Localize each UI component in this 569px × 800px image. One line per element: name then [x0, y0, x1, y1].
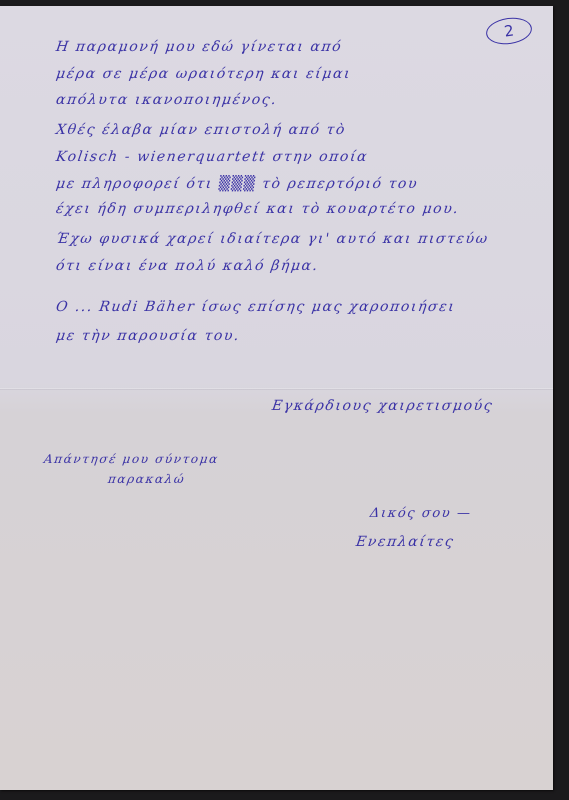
- page-number-circle: 2: [484, 15, 533, 47]
- body-line-11: με τὴν παρουσία του.: [55, 328, 241, 344]
- body-line-7: έχει ήδη συμπεριληφθεί και τὸ κουαρτέτο …: [55, 201, 461, 217]
- signature-name: Ενεπλαίτες: [355, 534, 456, 550]
- body-line-3: απόλυτα ικανοποιημένος.: [55, 92, 279, 108]
- body-line-5: Kolisch - wienerquartett στην οποία: [55, 149, 369, 165]
- body-line-1: Η παραμονή μου εδώ γίνεται από: [55, 39, 344, 55]
- body-line-6: με πληροφορεί ότι ▒▒▒ τὸ ρεπερτόριό του: [55, 176, 419, 192]
- body-line-2: μέρα σε μέρα ωραιότερη και είμαι: [55, 66, 352, 82]
- body-line-10: Ο ... Rudi Bäher ίσως επίσης μας χαροποι…: [55, 299, 457, 315]
- body-line-9: ότι είναι ένα πολύ καλό βήμα.: [55, 258, 320, 274]
- closing-greeting: Εγκάρδιους χαιρετισμούς: [271, 398, 494, 414]
- postscript-line-1: Απάντησέ μου σύντομα: [43, 452, 220, 466]
- letter-page: 2 Η παραμονή μου εδώ γίνεται από μέρα σε…: [0, 6, 553, 790]
- paper-fold-line: [0, 388, 553, 390]
- postscript-line-2: παρακαλώ: [107, 472, 186, 486]
- body-line-8: Έχω φυσικά χαρεί ιδιαίτερα γι' αυτό και …: [55, 231, 490, 247]
- body-line-4: Χθές έλαβα μίαν επιστολή από τὸ: [55, 122, 347, 138]
- signature-line-1: Δικός σου —: [369, 506, 473, 521]
- page-number: 2: [503, 21, 515, 40]
